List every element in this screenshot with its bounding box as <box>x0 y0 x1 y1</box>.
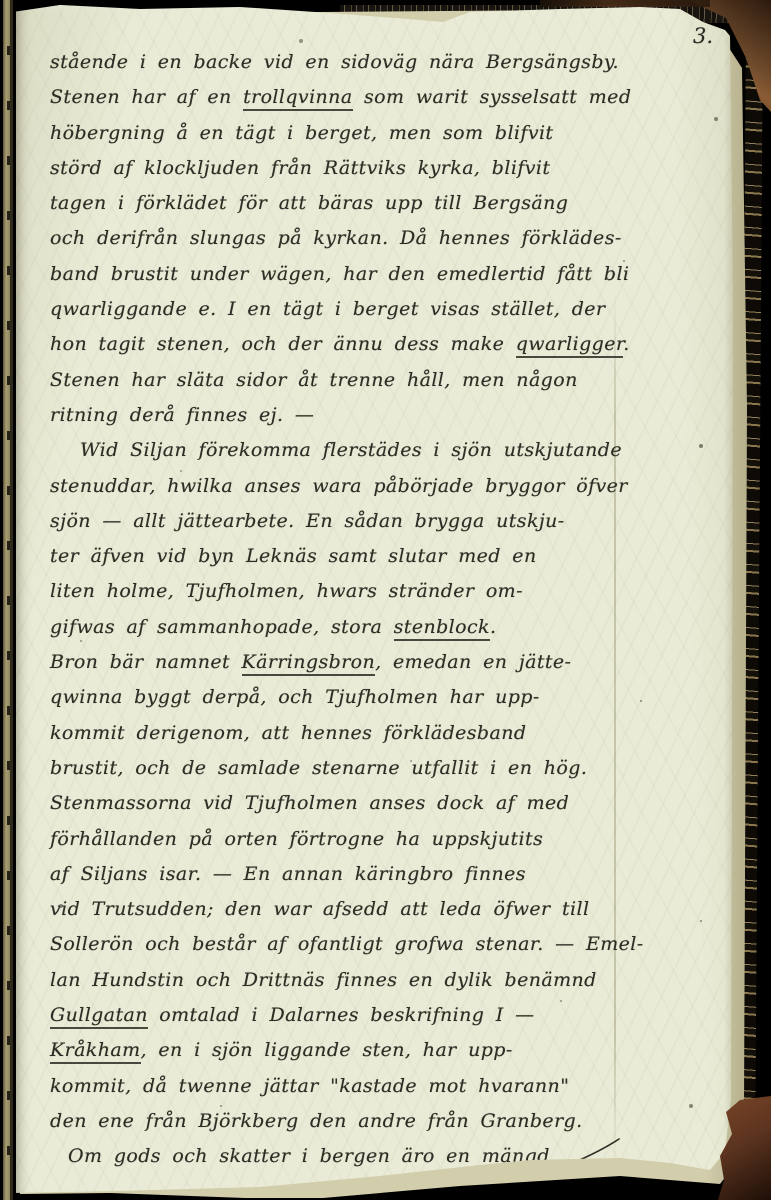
manuscript-line-1: stående i en backe vid en sidoväg nära B… <box>50 45 710 80</box>
manuscript-line-12: Wid Siljan förekomma flerstädes i sjön u… <box>50 433 710 468</box>
underlined-term: trollqvinna <box>243 86 353 111</box>
text-segment: och derifrån slungas på kyrkan. Då henne… <box>50 227 622 249</box>
text-segment: Wid Siljan förekomma flerstädes i sjön u… <box>80 439 622 461</box>
text-segment: tagen i förklädet för att bäras upp till… <box>50 192 568 214</box>
manuscript-line-4: störd af klockljuden från Rättviks kyrka… <box>50 151 710 186</box>
text-segment: hon tagit stenen, och der ännu dess make <box>50 333 516 355</box>
manuscript-line-19: qwinna byggt derpå, och Tjufholmen har u… <box>50 680 710 715</box>
text-segment: kommit, då twenne jättar "kastade mot hv… <box>50 1075 569 1097</box>
text-segment: stenuddar, hwilka anses wara påbörjade b… <box>50 475 628 497</box>
text-segment: sjön — allt jättearbete. En sådan brygga… <box>50 510 565 532</box>
text-segment: af Siljans isar. — En annan käringbro fi… <box>50 863 526 885</box>
manuscript-line-15: ter äfven vid byn Leknäs samt slutar med… <box>50 539 710 574</box>
manuscript-line-16: liten holme, Tjufholmen, hwars stränder … <box>50 574 710 609</box>
text-segment: , en i sjön liggande sten, har upp- <box>141 1039 513 1061</box>
text-segment: Stenmassorna vid Tjufholmen anses dock a… <box>50 792 569 814</box>
text-segment: vid Trutsudden; den war afsedd att leda … <box>50 898 589 920</box>
underlined-term: Kärringsbron <box>242 651 376 676</box>
manuscript-photo: 3. stående i en backe vid en sidoväg när… <box>0 0 771 1200</box>
text-segment: Sollerön och består af ofantligt grofwa … <box>50 933 644 955</box>
leather-top-streak <box>540 0 710 7</box>
manuscript-line-31: den ene från Björkberg den andre från Gr… <box>50 1104 710 1139</box>
text-segment: höbergning å en tägt i berget, men som b… <box>50 122 553 144</box>
manuscript-line-9: hon tagit stenen, och der ännu dess make… <box>50 327 710 362</box>
text-segment: band brustit under wägen, har den emedle… <box>50 263 629 285</box>
text-segment: . <box>623 333 629 355</box>
manuscript-line-24: af Siljans isar. — En annan käringbro fi… <box>50 857 710 892</box>
text-segment: qwinna byggt derpå, och Tjufholmen har u… <box>50 686 540 708</box>
manuscript-line-27: lan Hundstin och Drittnäs finnes en dyli… <box>50 963 710 998</box>
text-segment: den ene från Björkberg den andre från Gr… <box>50 1110 583 1132</box>
manuscript-line-29: Kråkham, en i sjön liggande sten, har up… <box>50 1033 710 1068</box>
manuscript-line-21: brustit, och de samlade stenarne utfalli… <box>50 751 710 786</box>
text-segment: liten holme, Tjufholmen, hwars stränder … <box>50 580 523 602</box>
manuscript-line-23: förhållanden på orten förtrogne ha uppsk… <box>50 822 710 857</box>
text-segment: omtalad i Dalarnes beskrifning I — <box>148 1004 535 1026</box>
manuscript-line-17: gifwas af sammanhopade, stora stenblock. <box>50 610 710 645</box>
text-segment: störd af klockljuden från Rättviks kyrka… <box>50 157 550 179</box>
text-segment: Bron bär namnet <box>50 651 242 673</box>
text-segment: ritning derå finnes ej. — <box>50 404 314 426</box>
manuscript-line-5: tagen i förklädet för att bäras upp till… <box>50 186 710 221</box>
text-segment: som warit sysselsatt med <box>353 86 632 108</box>
binding-gutter-crease <box>10 0 13 1200</box>
text-segment: lan Hundstin och Drittnäs finnes en dyli… <box>50 969 597 991</box>
manuscript-line-10: Stenen har släta sidor åt trenne håll, m… <box>50 363 710 398</box>
text-segment: stående i en backe vid en sidoväg nära B… <box>50 51 619 73</box>
manuscript-line-3: höbergning å en tägt i berget, men som b… <box>50 116 710 151</box>
text-block: stående i en backe vid en sidoväg nära B… <box>50 45 710 1175</box>
manuscript-line-22: Stenmassorna vid Tjufholmen anses dock a… <box>50 786 710 821</box>
text-segment: gifwas af sammanhopade, stora <box>50 616 394 638</box>
underlined-term: stenblock <box>394 616 490 641</box>
text-segment: brustit, och de samlade stenarne utfalli… <box>50 757 587 779</box>
book-binding-left <box>0 0 16 1200</box>
manuscript-line-11: ritning derå finnes ej. — <box>50 398 710 433</box>
manuscript-line-30: kommit, då twenne jättar "kastade mot hv… <box>50 1069 710 1104</box>
manuscript-page: 3. stående i en backe vid en sidoväg när… <box>13 0 746 1200</box>
text-segment: qwarliggande e. I en tägt i berget visas… <box>50 298 605 320</box>
manuscript-line-25: vid Trutsudden; den war afsedd att leda … <box>50 892 710 927</box>
underlined-term: qwarligger <box>516 333 624 358</box>
underlined-term: Gullgatan <box>50 1004 148 1029</box>
text-segment: Om gods och skatter i bergen äro en mäng… <box>68 1145 550 1167</box>
manuscript-line-28: Gullgatan omtalad i Dalarnes beskrifning… <box>50 998 710 1033</box>
manuscript-line-18: Bron bär namnet Kärringsbron, emedan en … <box>50 645 710 680</box>
underlined-term: Kråkham <box>50 1039 141 1064</box>
manuscript-line-20: kommit derigenom, att hennes förklädesba… <box>50 716 710 751</box>
text-segment: Stenen har af en <box>50 86 243 108</box>
manuscript-line-14: sjön — allt jättearbete. En sådan brygga… <box>50 504 710 539</box>
text-segment: , emedan en jätte- <box>375 651 571 673</box>
manuscript-line-8: qwarliggande e. I en tägt i berget visas… <box>50 292 710 327</box>
text-segment: förhållanden på orten förtrogne ha uppsk… <box>50 828 543 850</box>
text-segment: Stenen har släta sidor åt trenne håll, m… <box>50 369 578 391</box>
text-segment: kommit derigenom, att hennes förklädesba… <box>50 722 526 744</box>
manuscript-line-26: Sollerön och består af ofantligt grofwa … <box>50 927 710 962</box>
manuscript-line-7: band brustit under wägen, har den emedle… <box>50 257 710 292</box>
manuscript-line-6: och derifrån slungas på kyrkan. Då henne… <box>50 221 710 256</box>
text-segment: . <box>490 616 496 638</box>
manuscript-line-2: Stenen har af en trollqvinna som warit s… <box>50 80 710 115</box>
manuscript-line-13: stenuddar, hwilka anses wara påbörjade b… <box>50 469 710 504</box>
text-segment: ter äfven vid byn Leknäs samt slutar med… <box>50 545 537 567</box>
